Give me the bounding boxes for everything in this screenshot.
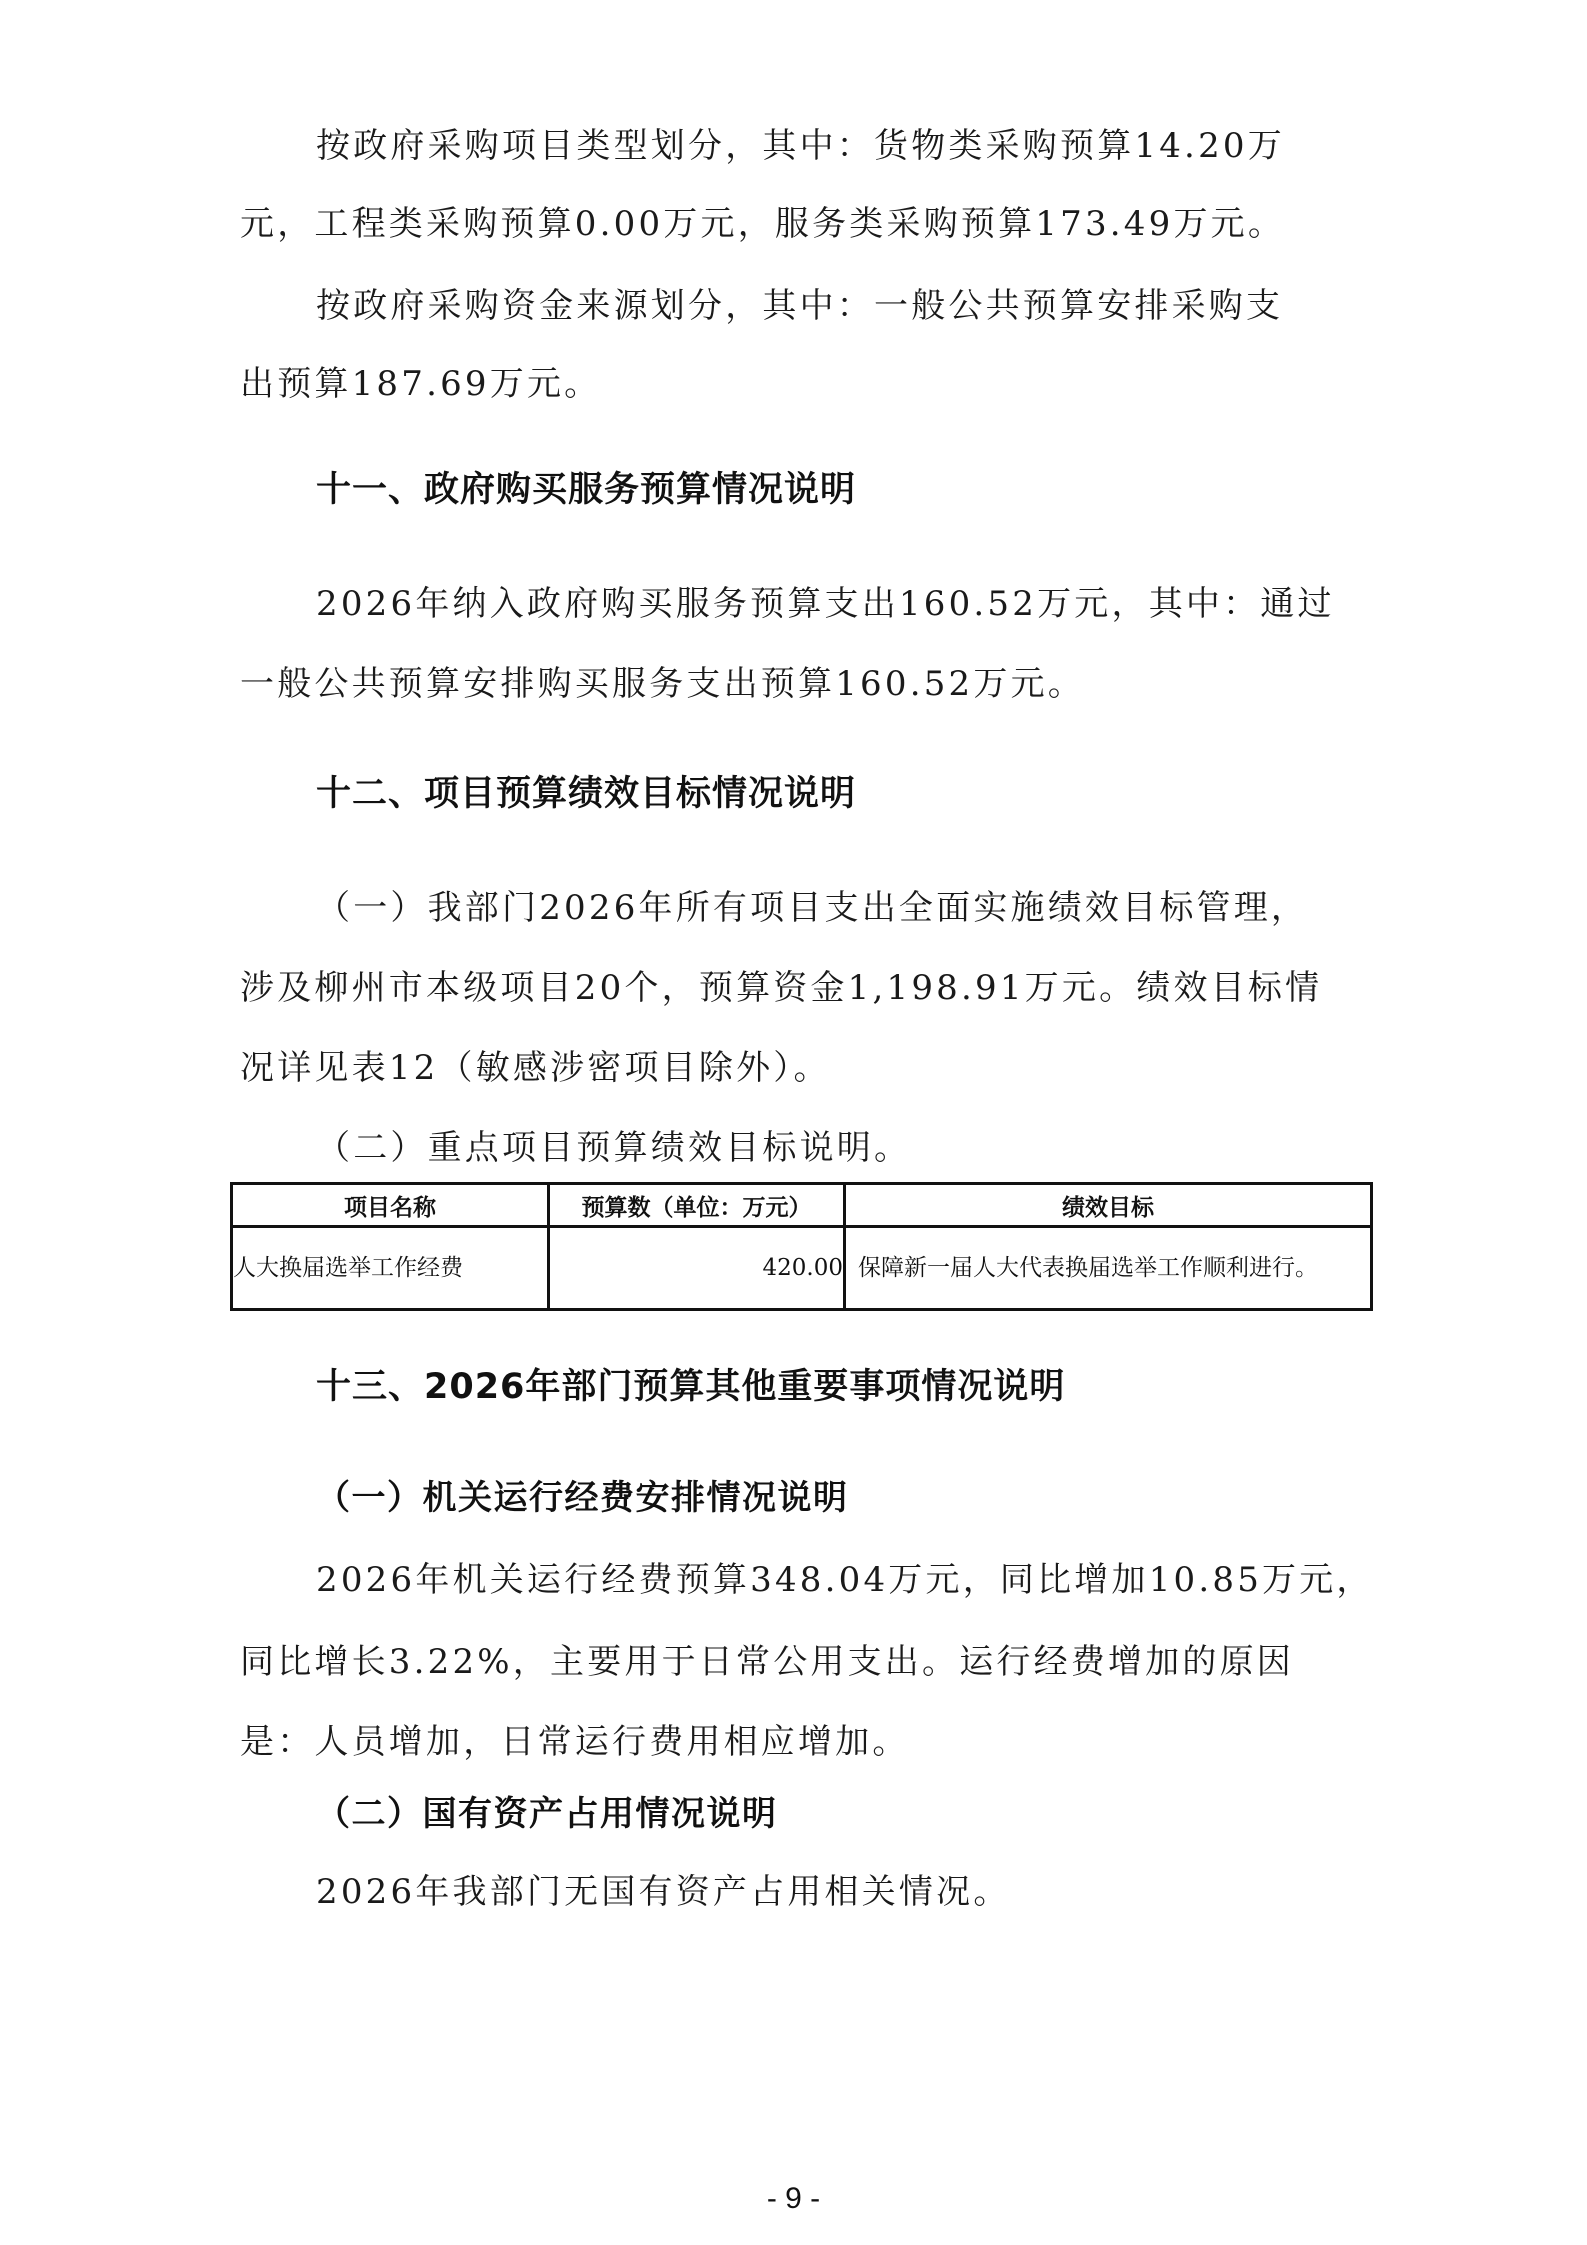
section-13-sub1-body-line3: 是：人员增加，日常运行费用相应增加。: [240, 1722, 910, 1762]
header-performance-goal: 绩效目标: [845, 1184, 1372, 1227]
paragraph-procurement-by-source-line2: 出预算187.69万元。: [240, 364, 601, 404]
section-13-sub1-body-line1: 2026年机关运行经费预算348.04万元，同比增加10.85万元，: [316, 1560, 1374, 1600]
section-13-sub2-body-line1: 2026年我部门无国有资产占用相关情况。: [316, 1872, 1011, 1912]
section-12-item1-line1: （一）我部门2026年所有项目支出全面实施绩效目标管理，: [316, 888, 1308, 928]
paragraph-procurement-by-type-line2: 元，工程类采购预算0.00万元，服务类采购预算173.49万元。: [240, 204, 1285, 244]
paragraph-procurement-by-type-line1: 按政府采购项目类型划分，其中：货物类采购预算14.20万: [316, 126, 1285, 166]
section-12-item2: （二）重点项目预算绩效目标说明。: [316, 1128, 911, 1168]
paragraph-procurement-by-source-line1: 按政府采购资金来源划分，其中：一般公共预算安排采购支: [316, 286, 1283, 326]
key-project-performance-table: 项目名称 预算数（单位：万元） 绩效目标 人大换届选举工作经费 420.00 保…: [230, 1182, 1373, 1311]
section-13-sub2-heading: （二）国有资产占用情况说明: [316, 1794, 778, 1834]
cell-project-name: 人大换届选举工作经费: [232, 1227, 549, 1310]
section-13-sub1-body-line2: 同比增长3.22%，主要用于日常公用支出。运行经费增加的原因: [240, 1642, 1294, 1682]
section-12-heading: 十二、项目预算绩效目标情况说明: [316, 773, 856, 815]
section-13-sub1-heading: （一）机关运行经费安排情况说明: [316, 1478, 849, 1518]
header-budget: 预算数（单位：万元）: [549, 1184, 845, 1227]
section-11-heading: 十一、政府购买服务预算情况说明: [316, 469, 856, 511]
section-11-body-line2: 一般公共预算安排购买服务支出预算160.52万元。: [240, 664, 1085, 704]
section-11-body-line1: 2026年纳入政府购买服务预算支出160.52万元，其中：通过: [316, 584, 1335, 624]
document-page: 按政府采购项目类型划分，其中：货物类采购预算14.20万 元，工程类采购预算0.…: [0, 0, 1587, 2245]
table-header-row: 项目名称 预算数（单位：万元） 绩效目标: [232, 1184, 1372, 1227]
table-row: 人大换届选举工作经费 420.00 保障新一届人大代表换届选举工作顺利进行。: [232, 1227, 1372, 1310]
section-13-heading: 十三、2026年部门预算其他重要事项情况说明: [316, 1366, 1065, 1408]
section-12-item1-line2: 涉及柳州市本级项目20个，预算资金1,198.91万元。绩效目标情: [240, 968, 1322, 1008]
header-project-name: 项目名称: [232, 1184, 549, 1227]
cell-budget: 420.00: [549, 1227, 845, 1310]
section-12-item1-line3: 况详见表12（敏感涉密项目除外）。: [240, 1048, 831, 1088]
page-number: - 9 -: [0, 2182, 1587, 2216]
cell-performance-goal: 保障新一届人大代表换届选举工作顺利进行。: [845, 1227, 1372, 1310]
